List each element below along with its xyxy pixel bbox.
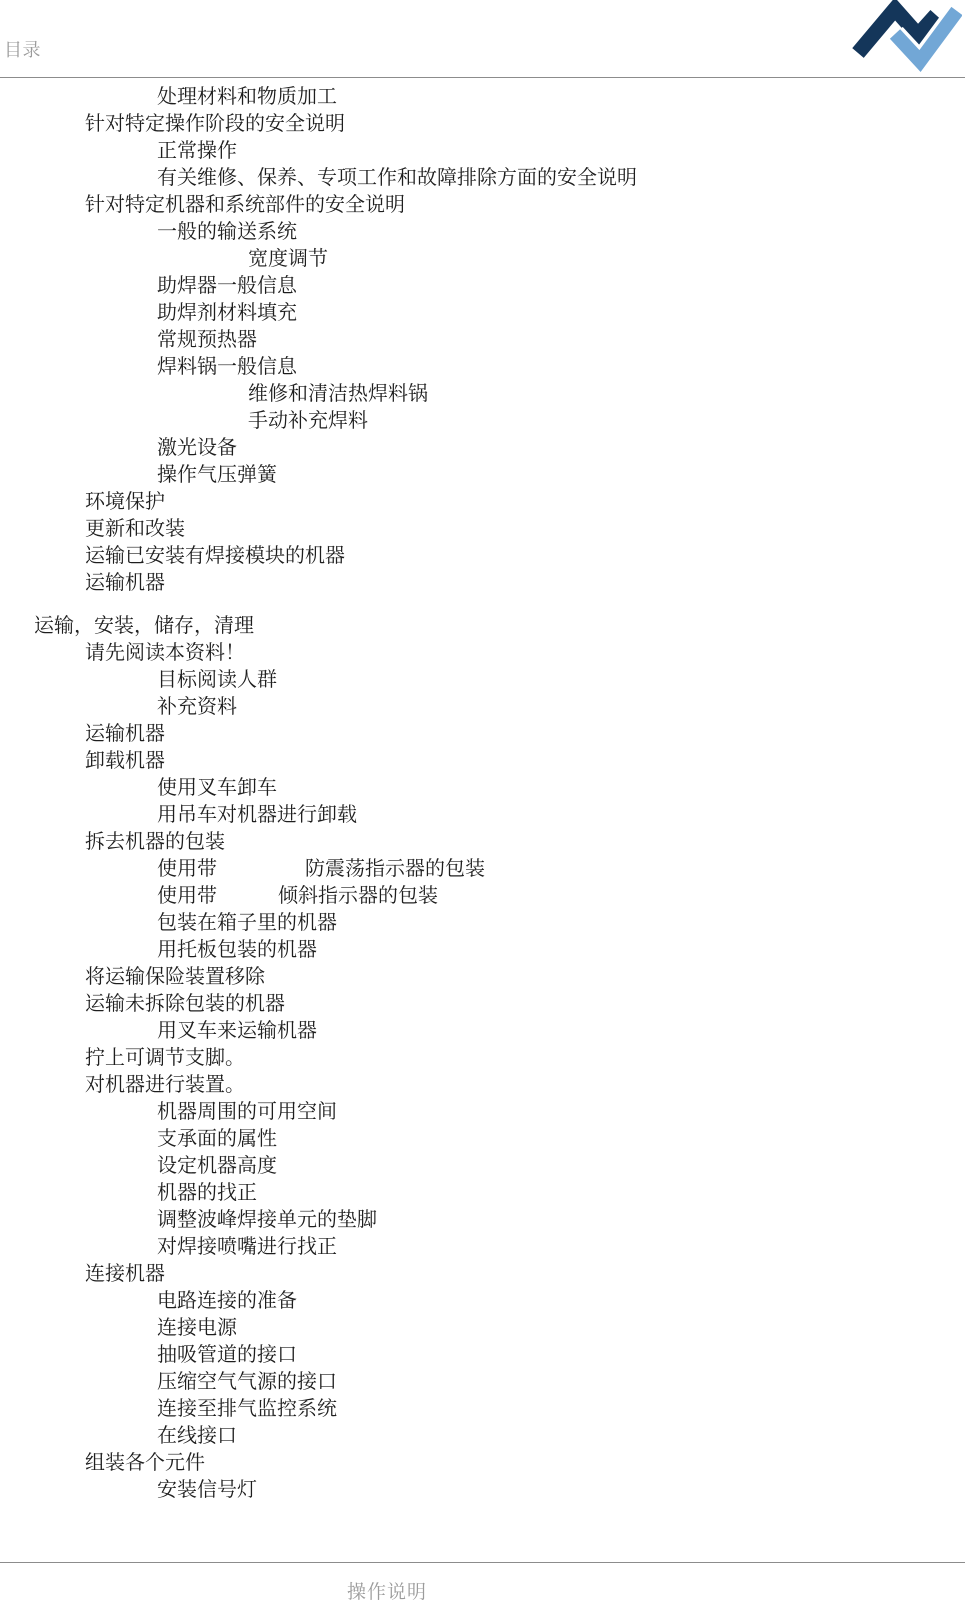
toc-entry: 激光设备 bbox=[0, 435, 965, 462]
toc-entry-text: 用吊车对机器进行卸载 bbox=[157, 804, 357, 826]
toc-entry: 对机器进行装置。 bbox=[0, 1072, 965, 1099]
toc-entry-text: 正常操作 bbox=[157, 140, 237, 162]
toc-entry-text: 安装信号灯 bbox=[157, 1479, 257, 1501]
toc-entry-text: 倾斜指示器的包装 bbox=[278, 885, 438, 907]
toc-entry-text: 常规预热器 bbox=[157, 329, 257, 351]
toc-entry: 焊料锅一般信息 bbox=[0, 354, 965, 381]
toc-entry: 针对特定机器和系统部件的安全说明 bbox=[0, 192, 965, 219]
toc-entry: 包装在箱子里的机器 bbox=[0, 910, 965, 937]
toc-entry: 补充资料 bbox=[0, 694, 965, 721]
toc-entry: 目标阅读人群 bbox=[0, 667, 965, 694]
inline-gap bbox=[217, 901, 278, 902]
toc-entry-text: 使用带 bbox=[157, 885, 217, 907]
header-divider bbox=[0, 77, 965, 78]
toc-entry: 连接机器 bbox=[0, 1261, 965, 1288]
toc-entry: 使用叉车卸车 bbox=[0, 775, 965, 802]
toc-entry: 运输未拆除包装的机器 bbox=[0, 991, 965, 1018]
toc-entry-text: 助焊剂材料填充 bbox=[157, 302, 297, 324]
toc-entry-text: 请先阅读本资料！ bbox=[85, 642, 245, 664]
toc-entry-text: 运输已安装有焊接模块的机器 bbox=[85, 545, 345, 567]
toc-entry: 有关维修、保养、专项工作和故障排除方面的安全说明 bbox=[0, 165, 965, 192]
toc-entry: 拆去机器的包装 bbox=[0, 829, 965, 856]
toc-entry-text: 运输未拆除包装的机器 bbox=[85, 993, 285, 1015]
toc-entry-text: 手动补充焊料 bbox=[248, 410, 368, 432]
toc-list: 处理材料和物质加工针对特定操作阶段的安全说明正常操作有关维修、保养、专项工作和故… bbox=[0, 84, 965, 1504]
toc-entry-text: 运输机器 bbox=[85, 723, 165, 745]
toc-entry: 用叉车来运输机器 bbox=[0, 1018, 965, 1045]
toc-entry-text: 运输机器 bbox=[85, 572, 165, 594]
toc-entry-text: 更新和改装 bbox=[85, 518, 185, 540]
toc-entry-text: 处理材料和物质加工 bbox=[157, 86, 337, 108]
toc-entry-text: 针对特定机器和系统部件的安全说明 bbox=[85, 194, 405, 216]
toc-entry: 用托板包装的机器 bbox=[0, 937, 965, 964]
toc-entry-text: 针对特定操作阶段的安全说明 bbox=[85, 113, 345, 135]
toc-entry: 抽吸管道的接口 bbox=[0, 1342, 965, 1369]
toc-entry: 运输机器 bbox=[0, 570, 965, 597]
toc-entry: 正常操作 bbox=[0, 138, 965, 165]
page-title: 目录 bbox=[4, 36, 41, 62]
toc-entry-text: 操作气压弹簧 bbox=[157, 464, 277, 486]
toc-entry-text: 支承面的属性 bbox=[157, 1128, 277, 1150]
inline-gap bbox=[217, 874, 305, 875]
toc-entry: 对焊接喷嘴进行找正 bbox=[0, 1234, 965, 1261]
toc-entry: 连接电源 bbox=[0, 1315, 965, 1342]
toc-entry-text: 连接电源 bbox=[157, 1317, 237, 1339]
toc-entry-text: 用叉车来运输机器 bbox=[157, 1020, 317, 1042]
toc-entry: 压缩空气气源的接口 bbox=[0, 1369, 965, 1396]
brand-logo-icon bbox=[838, 0, 962, 74]
toc-entry: 更新和改装 bbox=[0, 516, 965, 543]
toc-entry-text: 防震荡指示器的包装 bbox=[305, 858, 485, 880]
toc-entry-text: 机器的找正 bbox=[157, 1182, 257, 1204]
footer-doc-type: 操作说明 bbox=[347, 1577, 427, 1604]
toc-entry: 一般的输送系统 bbox=[0, 219, 965, 246]
toc-entry: 在线接口 bbox=[0, 1423, 965, 1450]
toc-entry: 运输已安装有焊接模块的机器 bbox=[0, 543, 965, 570]
toc-entry: 组装各个元件 bbox=[0, 1450, 965, 1477]
toc-entry-text: 连接机器 bbox=[85, 1263, 165, 1285]
toc-entry: 助焊剂材料填充 bbox=[0, 300, 965, 327]
toc-entry-text: 卸载机器 bbox=[85, 750, 165, 772]
toc-entry-text: 助焊器一般信息 bbox=[157, 275, 297, 297]
toc-entry-text: 补充资料 bbox=[157, 696, 237, 718]
toc-entry: 机器周围的可用空间 bbox=[0, 1099, 965, 1126]
toc-entry-text: 组装各个元件 bbox=[85, 1452, 205, 1474]
toc-entry-text: 将运输保险装置移除 bbox=[85, 966, 265, 988]
toc-entry: 支承面的属性 bbox=[0, 1126, 965, 1153]
toc-entry: 手动补充焊料 bbox=[0, 408, 965, 435]
toc-entry-text: 使用叉车卸车 bbox=[157, 777, 277, 799]
toc-entry-text: 拧上可调节支脚。 bbox=[85, 1047, 245, 1069]
footer-divider bbox=[0, 1562, 965, 1563]
document-page: 目录 处理材料和物质加工针对特定操作阶段的安全说明正常操作有关维修、保养、专项工… bbox=[0, 0, 965, 1606]
toc-entry-text: 一般的输送系统 bbox=[157, 221, 297, 243]
toc-entry: 请先阅读本资料！ bbox=[0, 640, 965, 667]
toc-entry: 拧上可调节支脚。 bbox=[0, 1045, 965, 1072]
toc-entry-text: 连接至排气监控系统 bbox=[157, 1398, 337, 1420]
toc-entry-text: 有关维修、保养、专项工作和故障排除方面的安全说明 bbox=[157, 167, 637, 189]
toc-entry: 处理材料和物质加工 bbox=[0, 84, 965, 111]
toc-entry: 卸载机器 bbox=[0, 748, 965, 775]
toc-entry-text: 维修和清洁热焊料锅 bbox=[248, 383, 428, 405]
toc-entry-text: 对机器进行装置。 bbox=[85, 1074, 245, 1096]
toc-entry-text: 运输，安装，储存，清理 bbox=[34, 615, 254, 637]
toc-entry-text: 用托板包装的机器 bbox=[157, 939, 317, 961]
toc-entry-text: 在线接口 bbox=[157, 1425, 237, 1447]
toc-entry-text: 目标阅读人群 bbox=[157, 669, 277, 691]
toc-entry-text: 激光设备 bbox=[157, 437, 237, 459]
toc-entry-text: 机器周围的可用空间 bbox=[157, 1101, 337, 1123]
toc-entry-text: 拆去机器的包装 bbox=[85, 831, 225, 853]
toc-entry-text: 抽吸管道的接口 bbox=[157, 1344, 297, 1366]
toc-entry: 常规预热器 bbox=[0, 327, 965, 354]
toc-entry: 助焊器一般信息 bbox=[0, 273, 965, 300]
toc-entry: 电路连接的准备 bbox=[0, 1288, 965, 1315]
toc-entry: 操作气压弹簧 bbox=[0, 462, 965, 489]
toc-entry-text: 宽度调节 bbox=[248, 248, 328, 270]
toc-entry: 针对特定操作阶段的安全说明 bbox=[0, 111, 965, 138]
toc-entry-text: 调整波峰焊接单元的垫脚 bbox=[157, 1209, 377, 1231]
toc-entry-text: 包装在箱子里的机器 bbox=[157, 912, 337, 934]
toc-entry-text: 电路连接的准备 bbox=[157, 1290, 297, 1312]
toc-entry: 将运输保险装置移除 bbox=[0, 964, 965, 991]
toc-entry-text: 焊料锅一般信息 bbox=[157, 356, 297, 378]
toc-entry: 宽度调节 bbox=[0, 246, 965, 273]
toc-entry-text: 环境保护 bbox=[85, 491, 165, 513]
toc-entry: 使用带倾斜指示器的包装 bbox=[0, 883, 965, 910]
toc-entry: 使用带防震荡指示器的包装 bbox=[0, 856, 965, 883]
toc-entry-text: 对焊接喷嘴进行找正 bbox=[157, 1236, 337, 1258]
toc-entry: 运输机器 bbox=[0, 721, 965, 748]
toc-entry: 环境保护 bbox=[0, 489, 965, 516]
toc-entry: 维修和清洁热焊料锅 bbox=[0, 381, 965, 408]
toc-entry-text: 设定机器高度 bbox=[157, 1155, 277, 1177]
toc-entry: 用吊车对机器进行卸载 bbox=[0, 802, 965, 829]
toc-entry: 机器的找正 bbox=[0, 1180, 965, 1207]
toc-entry: 调整波峰焊接单元的垫脚 bbox=[0, 1207, 965, 1234]
toc-chapter-entry: 运输，安装，储存，清理 bbox=[0, 613, 965, 640]
toc-entry: 设定机器高度 bbox=[0, 1153, 965, 1180]
toc-entry-text: 使用带 bbox=[157, 858, 217, 880]
toc-entry-text: 压缩空气气源的接口 bbox=[157, 1371, 337, 1393]
toc-entry: 连接至排气监控系统 bbox=[0, 1396, 965, 1423]
toc-entry: 安装信号灯 bbox=[0, 1477, 965, 1504]
